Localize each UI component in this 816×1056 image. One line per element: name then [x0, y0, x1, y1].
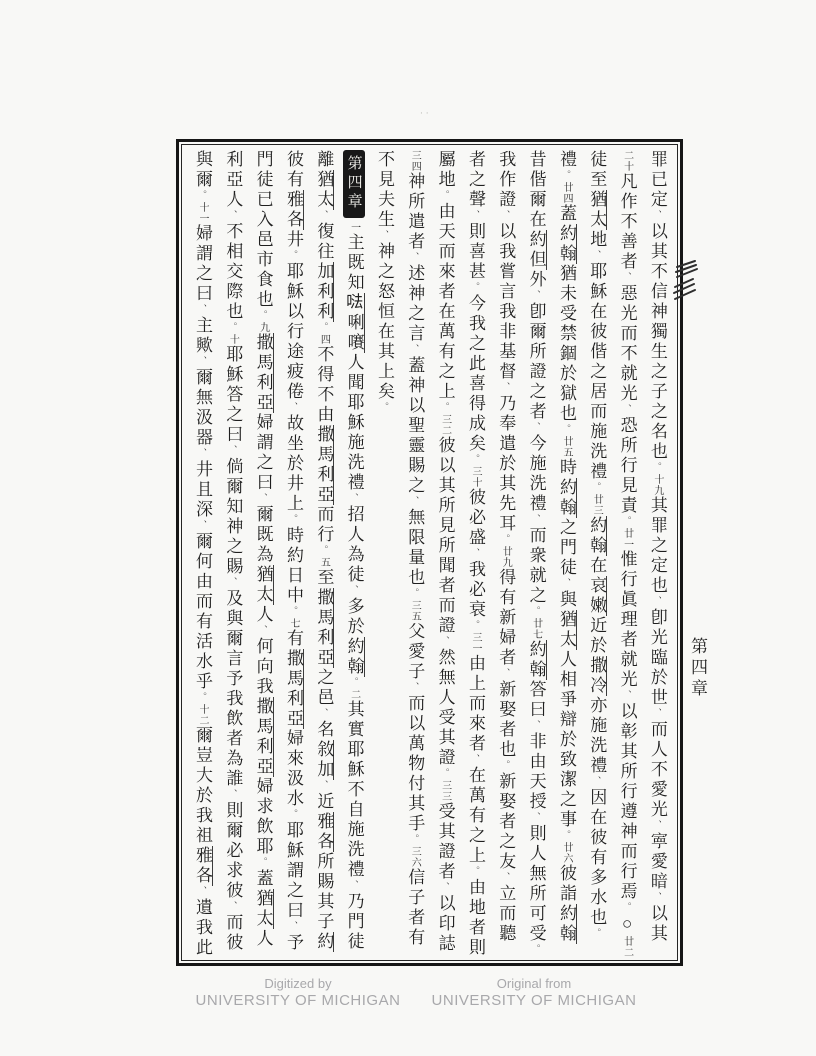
- punctuation: 、: [409, 496, 419, 508]
- proper-name: 約翰: [557, 224, 577, 264]
- punctuation: 、: [652, 596, 662, 608]
- punctuation: 。: [652, 462, 662, 474]
- punctuation: 、: [258, 493, 268, 505]
- proper-name: 敘加: [314, 740, 334, 780]
- verse-number: 七: [288, 618, 299, 629]
- proper-name: 約翰: [587, 516, 607, 556]
- credit-digitized-line2: UNIVERSITY OF MICHIGAN: [168, 991, 428, 1010]
- punctuation: 、: [349, 585, 359, 597]
- punctuation: 、: [500, 382, 510, 394]
- verse-number: 三十: [470, 466, 481, 488]
- scanned-page: · · 罪已定、以其不信神獨生之子之名也。十九其罪之定也、卽光臨於世、而人不愛光…: [0, 0, 816, 1056]
- punctuation: 、: [288, 402, 298, 414]
- verse-number: 廿七: [531, 618, 542, 640]
- punctuation: 、: [409, 252, 419, 264]
- punctuation: 。: [531, 606, 541, 618]
- punctuation: 、: [349, 493, 359, 505]
- verse-number: 十二: [197, 704, 208, 726]
- punctuation: 。: [561, 424, 571, 436]
- text-column: 彼有雅各井。耶穌以行途疲倦、故坐於井上。時約日中。七有撒馬利亞婦來汲水。耶穌謂之…: [280, 148, 306, 959]
- punctuation: 。: [288, 606, 298, 618]
- proper-name: 撒馬利亞: [314, 588, 334, 668]
- proper-name: 雅各: [314, 812, 334, 852]
- text-columns: 罪已定、以其不信神獨生之子之名也。十九其罪之定也、卽光臨於世、而人不愛光、寕愛暗…: [185, 148, 674, 957]
- punctuation: 、: [227, 445, 237, 457]
- punctuation: 。: [470, 454, 480, 466]
- punctuation: 、: [227, 901, 237, 913]
- punctuation: 、: [470, 754, 480, 766]
- text-column: 三四神所遣者、述神之言、蓋神以聖靈賜之、無限量也。三五父愛子、而以萬物付其手。三…: [401, 148, 427, 959]
- proper-name: 撒馬利亞: [254, 333, 274, 413]
- punctuation: 、: [591, 250, 601, 262]
- punctuation: 。: [318, 322, 328, 334]
- punctuation: 、: [531, 720, 541, 732]
- proper-name: 加利利: [314, 262, 334, 322]
- verse-number: 三一: [470, 632, 481, 654]
- punctuation: 、: [197, 304, 207, 316]
- punctuation: 。: [440, 190, 450, 202]
- verse-number: 一: [349, 222, 360, 233]
- punctuation: 、: [531, 422, 541, 434]
- proper-name: 猶太: [314, 170, 334, 210]
- punctuation: 。: [409, 834, 419, 846]
- text-column: 門徒已入邑市食也。九撒馬利亞婦謂之曰、爾既為猶太人、何向我撒馬利亞婦求飲耶。蓋猶…: [250, 148, 276, 959]
- punctuation: 、: [197, 886, 207, 898]
- proper-name: 撒馬利亞: [314, 425, 334, 505]
- proper-name: 𠵽唎㘔: [345, 293, 365, 353]
- punctuation: 。: [561, 170, 571, 182]
- proper-name: 約翰: [345, 637, 365, 677]
- margin-scribble-mark: [671, 259, 701, 303]
- verse-number: 十: [227, 334, 238, 345]
- text-column: 我作證、以我嘗言我非基督、乃奉遣於其先耳。廿九得有新婦者、新娶者也。新娶者之友、…: [492, 148, 518, 959]
- text-column: 昔偕爾在約但外、卽爾所證之者、今施洗禮、而衆就之。廿七約翰答曰、非由天授、則人無…: [523, 148, 549, 959]
- punctuation: 、: [288, 921, 298, 933]
- punctuation: 、: [318, 210, 328, 222]
- proper-name: 猶太: [587, 190, 607, 230]
- punctuation: 、: [318, 708, 328, 720]
- punctuation: 。: [470, 866, 480, 878]
- proper-name: 約但: [527, 230, 547, 270]
- punctuation: 、: [197, 520, 207, 532]
- punctuation: 。: [258, 310, 268, 322]
- punctuation: 。: [591, 928, 601, 940]
- punctuation: 、: [531, 514, 541, 526]
- punctuation: 、: [379, 230, 389, 242]
- verse-number: 廿六: [561, 842, 572, 864]
- punctuation: 、: [318, 780, 328, 792]
- punctuation: 、: [652, 708, 662, 720]
- punctuation: 、: [440, 882, 450, 894]
- verse-number: 廿九: [500, 546, 511, 568]
- verse-number: 十一: [197, 202, 208, 224]
- verse-number: 廿五: [561, 436, 572, 458]
- proper-name: 撒馬利亞: [284, 649, 304, 729]
- punctuation: 、: [197, 448, 207, 460]
- punctuation: 、: [652, 892, 662, 904]
- punctuation: 。: [440, 402, 450, 414]
- punctuation: 。: [288, 514, 298, 526]
- punctuation: 、: [622, 404, 632, 416]
- verse-number: 廿三: [591, 494, 602, 516]
- proper-name: 撒冷: [587, 656, 607, 696]
- text-column: 二十凡作不善者、惡光而不就光、恐所行見責。廿一惟行眞理者就光、以彰其所行遵神而行…: [614, 148, 640, 959]
- proper-name: 約翰: [557, 478, 577, 518]
- chapter-heading: 第四章: [343, 150, 365, 218]
- verse-number: 五: [318, 557, 329, 568]
- punctuation: 、: [531, 290, 541, 302]
- verse-number: 十九: [652, 474, 663, 496]
- proper-name: 撒馬利亞: [254, 697, 274, 777]
- punctuation: 、: [197, 356, 207, 368]
- punctuation: 、: [409, 682, 419, 694]
- proper-name: 猶太: [254, 889, 274, 929]
- text-column: 者之聲、則喜甚。今我之此喜得成矣。三十彼必盛、我必衰。三一由上而來者、在萬有之上…: [462, 148, 488, 959]
- text-column: 罪已定、以其不信神獨生之子之名也。十九其罪之定也、卽光臨於世、而人不愛光、寕愛暗…: [644, 148, 670, 959]
- verse-number: 廿四: [561, 182, 572, 204]
- text-column: 第四章一主既知𠵽唎㘔人聞耶穌施洗禮、招人為徒、多於約翰。二其實耶穌不自施洗禮、乃…: [341, 148, 367, 959]
- proper-name: 約翰: [527, 640, 547, 680]
- text-column: 屬地。由天而來者在萬有之上。三二彼以其所見所聞者而證、然無人受其證。三三受其證者…: [432, 148, 458, 959]
- punctuation: 。: [561, 830, 571, 842]
- punctuation: 。: [531, 944, 541, 956]
- text-column: 禮。廿四蓋約翰猶未受禁錮於獄也。廿五時約翰之門徒、與猶太人相爭辯於致潔之事。廿六…: [553, 148, 579, 959]
- credit-original-line1: Original from: [404, 976, 664, 991]
- proper-name: 哀嫩: [587, 576, 607, 616]
- punctuation: 。: [470, 620, 480, 632]
- verse-number: 二十: [622, 150, 633, 172]
- credit-digitized-line1: Digitized by: [168, 976, 428, 991]
- verse-number: 四: [318, 334, 329, 345]
- verse-number: 三六: [409, 846, 420, 868]
- credit-original-line2: UNIVERSITY OF MICHIGAN: [404, 991, 664, 1010]
- punctuation: 。: [197, 692, 207, 704]
- punctuation: 、: [409, 344, 419, 356]
- punctuation: 、: [622, 690, 632, 702]
- punctuation: 、: [227, 789, 237, 801]
- text-frame-border: 罪已定、以其不信神獨生之子之名也。十九其罪之定也、卽光臨於世、而人不愛光、寕愛暗…: [176, 139, 683, 966]
- proper-name: 約翰: [557, 904, 577, 944]
- punctuation: 、: [622, 272, 632, 284]
- punctuation: 、: [500, 668, 510, 680]
- punctuation: 。: [227, 322, 237, 334]
- text-column: 離猶太、復往加利利。四不得不由撒馬利亞而行。五至撒馬利亞之邑、名敘加、近雅各所賜…: [310, 148, 336, 959]
- punctuation: 、: [227, 577, 237, 589]
- text-column: 與爾。十一婦謂之曰、主歟、爾無汲器、井且深、爾何由而有活水乎。十二爾豈大於我祖雅…: [189, 148, 215, 959]
- punctuation: 、: [500, 210, 510, 222]
- punctuation: 、: [349, 880, 359, 892]
- verse-number: 三四: [409, 150, 420, 172]
- proper-name: 猶太: [557, 610, 577, 650]
- punctuation: 、: [591, 776, 601, 788]
- punctuation: 、: [470, 548, 480, 560]
- punctuation: 。: [440, 768, 450, 780]
- margin-chapter-label: 第四章: [685, 637, 710, 700]
- verse-number: 九: [258, 322, 269, 333]
- verse-number: 三三: [440, 780, 451, 802]
- punctuation: 。: [288, 250, 298, 262]
- punctuation: 、: [227, 210, 237, 222]
- punctuation: 、: [470, 210, 480, 222]
- punctuation: 。: [318, 545, 328, 557]
- punctuation: 。: [258, 857, 268, 869]
- text-column: 利亞人、不相交際也。十耶穌答之曰、倘爾知神之賜、及與爾言予我飲者為誰、則爾必求彼…: [219, 148, 245, 959]
- verse-number: 廿二: [622, 936, 633, 958]
- scan-speckle: · ·: [420, 112, 434, 116]
- proper-name: 猶太: [254, 565, 274, 605]
- punctuation: 。: [349, 677, 359, 689]
- text-column: 不見夫生、神之怒恒在其上矣。: [371, 148, 397, 959]
- punctuation: 、: [258, 625, 268, 637]
- credit-original: Original from UNIVERSITY OF MICHIGAN: [404, 976, 664, 1010]
- punctuation: 。: [622, 902, 632, 914]
- verse-number: 三五: [409, 600, 420, 622]
- punctuation: 。: [622, 516, 632, 528]
- punctuation: 。: [379, 402, 389, 414]
- punctuation: 、: [440, 636, 450, 648]
- punctuation: 。: [197, 190, 207, 202]
- verse-number: 二: [349, 689, 360, 700]
- proper-name: 雅各: [284, 190, 304, 230]
- punctuation: 。: [409, 588, 419, 600]
- punctuation: 。: [470, 282, 480, 294]
- credit-digitized: Digitized by UNIVERSITY OF MICHIGAN: [168, 976, 428, 1010]
- proper-name: 雅各: [193, 846, 213, 886]
- verse-number: 廿一: [622, 528, 633, 550]
- punctuation: 。: [591, 482, 601, 494]
- punctuation: 。: [500, 534, 510, 546]
- punctuation: 、: [652, 210, 662, 222]
- verse-number: 三二: [440, 414, 451, 436]
- punctuation: 、: [561, 578, 571, 590]
- punctuation: 。: [500, 760, 510, 772]
- punctuation: 、: [531, 812, 541, 824]
- text-column: 徒至猶太地、耶穌在彼偕之居而施洗禮。廿三約翰在哀嫩近於撒冷亦施洗禮、因在彼有多水…: [583, 148, 609, 959]
- punctuation: 。: [288, 809, 298, 821]
- punctuation: 、: [652, 820, 662, 832]
- punctuation: 、: [500, 872, 510, 884]
